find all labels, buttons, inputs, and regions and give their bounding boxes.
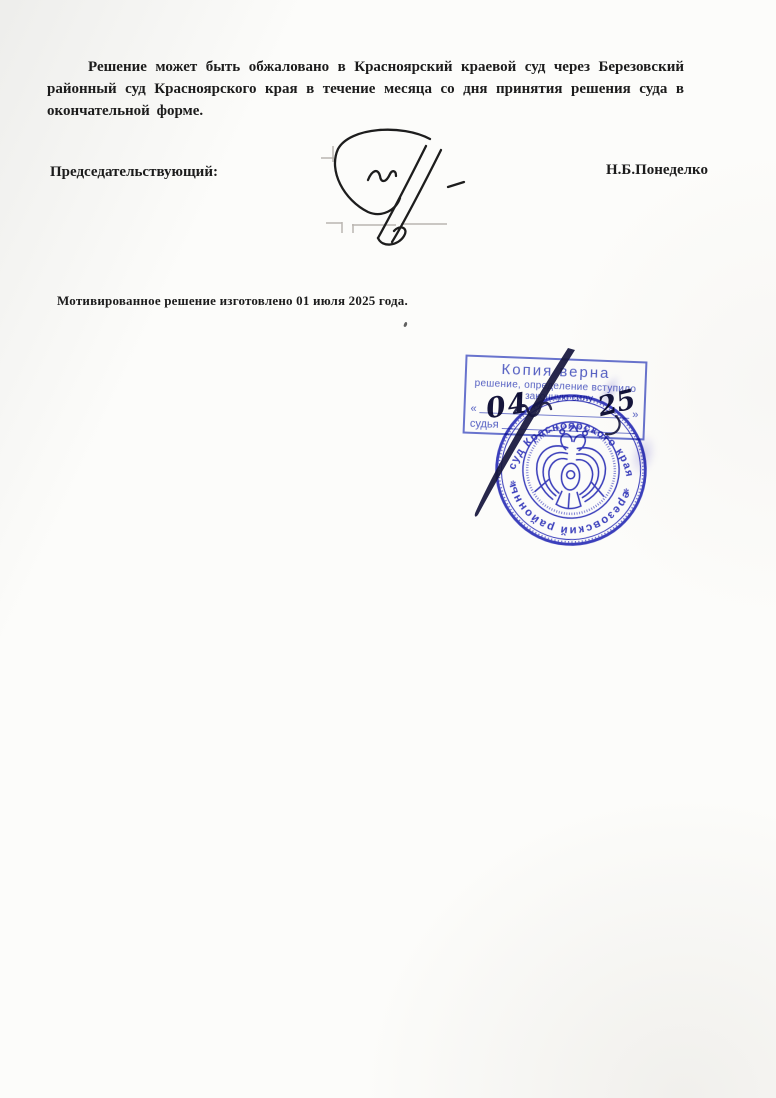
document-page: Решение может быть обжаловано в Краснояр… — [0, 0, 776, 1098]
scan-artifact-line — [401, 223, 447, 225]
judge-name: Н.Б.Понеделко — [606, 162, 708, 179]
presiding-label: Председательствующий: — [50, 164, 218, 181]
seal-separator-left: ✻ — [510, 479, 518, 488]
scan-artifact-line — [332, 146, 334, 162]
scan-artifact-line — [352, 224, 396, 226]
scan-artifact-line — [326, 222, 342, 224]
scan-speck — [403, 322, 408, 328]
scan-artifact-line — [341, 222, 343, 233]
motivated-decision-line: Мотивированное решение изготовлено 01 ию… — [57, 293, 408, 309]
seal-separator-right: ✻ — [623, 487, 631, 496]
handwritten-day: 04 — [484, 386, 532, 425]
quote-open: « — [470, 403, 477, 415]
appeal-paragraph: Решение может быть обжаловано в Краснояр… — [47, 56, 684, 122]
scan-artifact-line — [352, 224, 354, 233]
judge-signature — [310, 118, 480, 253]
